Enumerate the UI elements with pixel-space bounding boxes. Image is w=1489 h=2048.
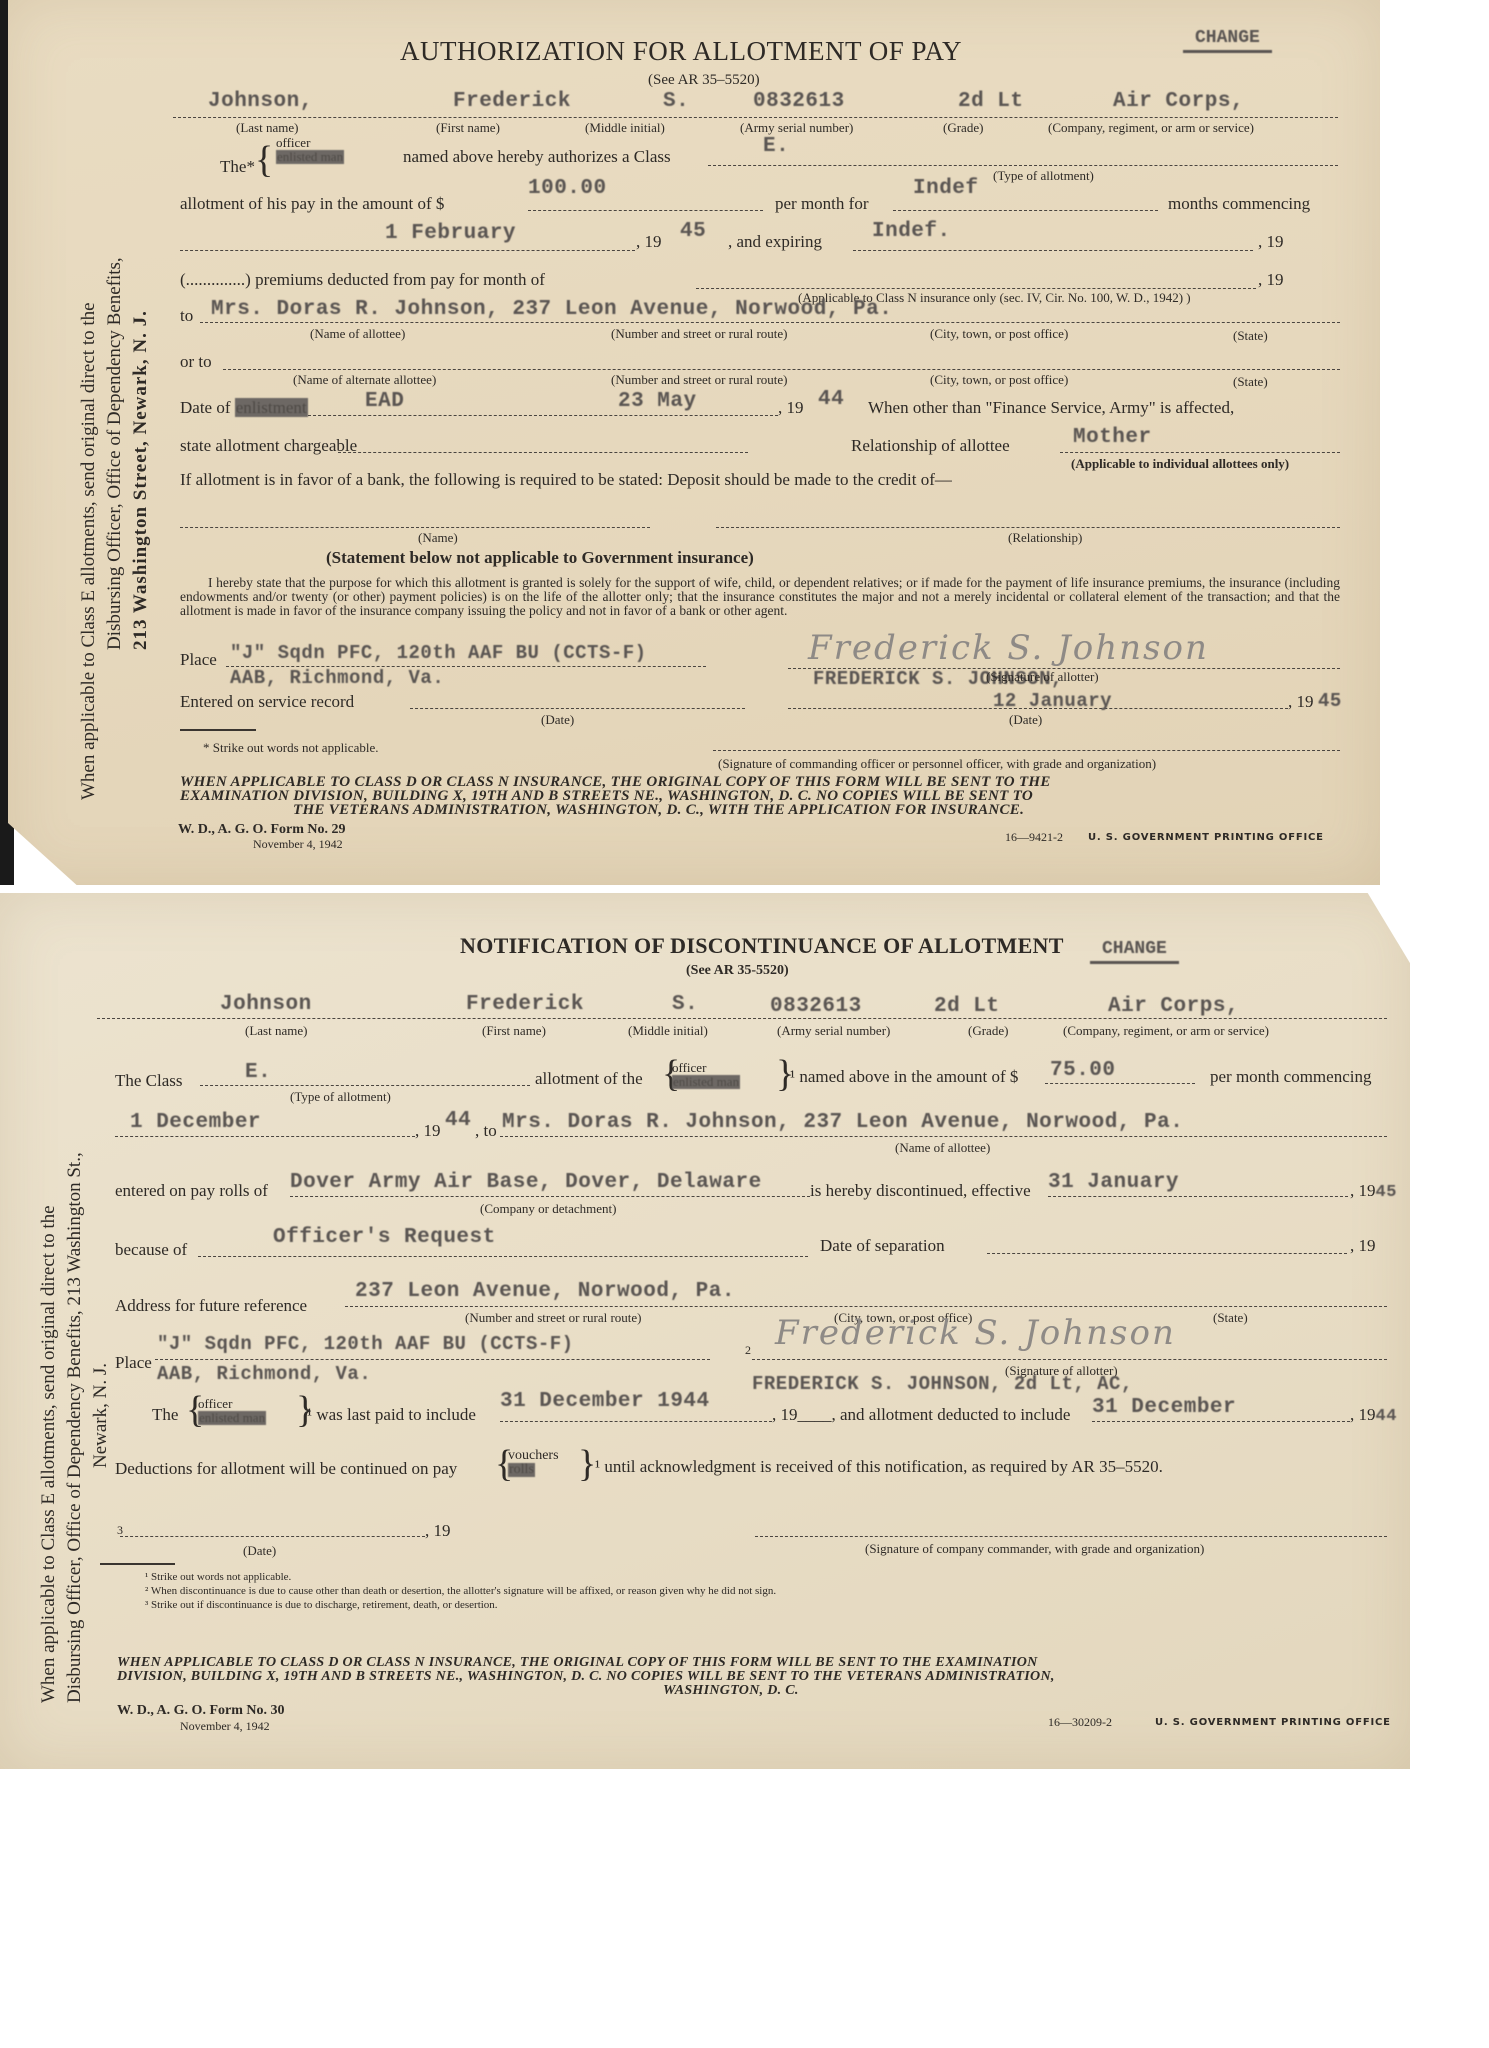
label: (Army serial number) — [777, 1023, 890, 1039]
label: per month for — [775, 194, 868, 214]
first-name-value: Frederick — [466, 993, 584, 1016]
signed-year-value: 45 — [1318, 690, 1342, 712]
grade-value: 2d Lt — [958, 90, 1024, 113]
side-note-line: When applicable to Class E allotments, s… — [36, 1152, 62, 1703]
label: (Name) — [418, 530, 458, 546]
label: (Company, regiment, or arm or service) — [1063, 1023, 1269, 1039]
signer-typed-name: FREDERICK S. JOHNSON, 2d Lt, AC, — [752, 1373, 1133, 1395]
label: , 1944 — [1350, 1405, 1397, 1426]
form-date: November 4, 1942 — [180, 1719, 270, 1734]
label: named above hereby authorizes a Class — [403, 147, 671, 167]
label: (City, town, or post office) — [930, 372, 1068, 388]
field-line — [290, 1196, 810, 1197]
label: Entered on service record — [180, 692, 354, 712]
footnote-ref: 2 — [745, 1343, 751, 1358]
commencing-year-value: 44 — [445, 1109, 471, 1132]
field-line — [696, 288, 1256, 289]
serial-number-value: 0832613 — [770, 995, 862, 1018]
footnote-rule — [180, 729, 256, 731]
field-line — [708, 165, 1338, 166]
label: (Last name) — [245, 1023, 307, 1039]
label: , 19 — [1258, 232, 1284, 252]
form-number: W. D., A. G. O. Form No. 30 — [117, 1703, 284, 1719]
label: (State) — [1233, 374, 1268, 390]
field-line — [338, 452, 748, 453]
field-line — [200, 1085, 530, 1086]
option-officer: officer — [672, 1061, 740, 1075]
label: months commencing — [1168, 194, 1310, 214]
field-line — [500, 1421, 772, 1422]
label: (Date) — [541, 712, 574, 728]
label: because of — [115, 1240, 187, 1260]
form-date: November 4, 1942 — [253, 837, 343, 852]
class-value: E. — [245, 1061, 271, 1084]
label: (First name) — [482, 1023, 546, 1039]
form-number: W. D., A. G. O. Form No. 29 — [178, 822, 345, 838]
label: ¹ until acknowledgment is received of th… — [595, 1457, 1163, 1477]
place-value-line2: AAB, Richmond, Va. — [230, 667, 444, 689]
label: The Class — [115, 1071, 183, 1091]
label: , 19 — [636, 232, 662, 252]
field-line — [120, 1536, 425, 1537]
field-line — [1045, 1083, 1195, 1084]
change-stamp: CHANGE — [1183, 28, 1272, 53]
option-vouchers: vouchers — [508, 1449, 559, 1463]
signed-date-value: 12 January — [993, 690, 1112, 712]
label: , 19 — [1288, 692, 1314, 712]
label: allotment of his pay in the amount of $ — [180, 194, 444, 214]
service-value: Air Corps, — [1108, 995, 1239, 1018]
field-line — [308, 415, 778, 416]
label: (Type of allotment) — [290, 1089, 391, 1105]
reason-value: Officer's Request — [273, 1226, 496, 1249]
label: Date of enlistment — [180, 398, 308, 418]
side-note-line: 213 Washington Street, Newark, N. J. — [128, 257, 154, 800]
place-value-line1: "J" Sqdn PFC, 120th AAF BU (CCTS-F) — [157, 1333, 574, 1355]
label: , 19 — [1350, 1236, 1376, 1256]
field-line — [115, 1136, 415, 1137]
label: (Army serial number) — [740, 120, 853, 136]
label: , and expiring — [728, 232, 822, 252]
label: is hereby discontinued, effective — [810, 1181, 1031, 1201]
last-name-value: Johnson, — [208, 90, 313, 113]
label: (..............) premiums deducted from … — [180, 270, 545, 290]
option-rolls-struck: rolls — [508, 1463, 535, 1477]
label: (Number and street or rural route) — [611, 372, 788, 388]
label: ¹ was last paid to include — [307, 1405, 476, 1425]
label: , to — [475, 1121, 497, 1141]
side-note-line: Disbursing Officer, Office of Dependency… — [102, 257, 128, 800]
middle-initial-value: S. — [672, 993, 698, 1016]
side-note-line: When applicable to Class E allotments, s… — [76, 257, 102, 800]
field-line — [155, 1359, 710, 1360]
field-line — [987, 1253, 1347, 1254]
label: (Number and street or rural route) — [611, 326, 788, 342]
expiring-value: Indef. — [872, 220, 951, 243]
deducted-to-value: 31 December — [1092, 1396, 1236, 1419]
print-code: 16—9421-2 — [1005, 830, 1063, 845]
field-line — [1092, 1421, 1350, 1422]
pay-rolls-value: Dover Army Air Base, Dover, Delaware — [290, 1171, 762, 1194]
option-officer: officer — [198, 1397, 266, 1411]
footnote: ³ Strike out if discontinuance is due to… — [145, 1599, 498, 1611]
label: When other than "Finance Service, Army" … — [868, 398, 1234, 418]
form-title: NOTIFICATION OF DISCONTINUANCE OF ALLOTM… — [460, 933, 1064, 959]
allottee-value: Mrs. Doras R. Johnson, 237 Leon Avenue, … — [502, 1111, 1183, 1134]
label: (State) — [1233, 328, 1268, 344]
place-value-line1: "J" Sqdn PFC, 120th AAF BU (CCTS-F) — [230, 642, 647, 664]
signature-line — [713, 750, 1340, 751]
footnote-rule — [100, 1563, 175, 1565]
officer-enlisted-choice: officer enlisted man — [672, 1061, 740, 1089]
label: , 19 — [778, 398, 804, 418]
enlistment-date-value: 23 May — [618, 390, 697, 413]
field-line — [198, 1256, 808, 1257]
change-stamp: CHANGE — [1090, 939, 1179, 964]
relationship-value: Mother — [1073, 426, 1152, 449]
allotter-signature: Frederick S. Johnson — [808, 628, 1209, 668]
class-value: E. — [763, 135, 789, 158]
label: per month commencing — [1210, 1067, 1371, 1087]
label: , 19____, and allotment deducted to incl… — [772, 1405, 1070, 1425]
option-officer: officer — [276, 136, 344, 150]
signature-line — [755, 1536, 1387, 1537]
first-name-value: Frederick — [453, 90, 571, 113]
officer-enlisted-choice: officer enlisted man — [198, 1397, 266, 1425]
allotter-signature: Frederick S. Johnson — [775, 1313, 1176, 1353]
months-value: Indef — [913, 177, 979, 200]
place-value-line2: AAB, Richmond, Va. — [157, 1363, 371, 1385]
field-line — [500, 1136, 1387, 1137]
field-line — [528, 210, 763, 211]
insurance-notice: WASHINGTON, D. C. — [663, 1683, 799, 1699]
field-line — [716, 527, 1340, 528]
option-enlisted-struck: enlisted man — [672, 1075, 740, 1089]
reference: (See AR 35-5520) — [686, 963, 789, 979]
option-enlisted-struck: enlisted man — [276, 150, 344, 164]
enlistment-year-value: 44 — [818, 388, 844, 411]
printer-credit: U. S. GOVERNMENT PRINTING OFFICE — [1088, 832, 1324, 843]
footnote: ¹ Strike out words not applicable. — [145, 1571, 291, 1583]
discontinuance-notification-form: When applicable to Class E allotments, s… — [0, 893, 1410, 1769]
field-line — [180, 250, 635, 251]
label: entered on pay rolls of — [115, 1181, 268, 1201]
field-line — [1060, 452, 1340, 453]
label: (First name) — [436, 120, 500, 136]
label: , 19 — [415, 1121, 441, 1141]
officer-enlisted-choice: officer enlisted man — [276, 136, 344, 164]
label: (Applicable to individual allottees only… — [1071, 456, 1289, 472]
label: (Name of allottee) — [310, 326, 405, 342]
allotment-authorization-form: When applicable to Class E allotments, s… — [8, 0, 1380, 885]
commencing-year-value: 45 — [680, 220, 706, 243]
label: (Grade) — [943, 120, 983, 136]
statement-paragraph: I hereby state that the purpose for whic… — [180, 576, 1340, 618]
label: (Number and street or rural route) — [465, 1310, 642, 1326]
label: or to — [180, 352, 212, 372]
side-note-line: Disbursing Officer, Office of Dependency… — [62, 1152, 88, 1703]
side-instructions: When applicable to Class E allotments, s… — [36, 1152, 114, 1703]
middle-initial-value: S. — [663, 90, 689, 113]
label: allotment of the — [535, 1069, 643, 1089]
field-line — [1048, 1196, 1348, 1197]
service-value: Air Corps, — [1113, 90, 1244, 113]
label: Address for future reference — [115, 1296, 307, 1316]
field-line — [180, 527, 650, 528]
label: (Company or detachment) — [480, 1201, 616, 1217]
label: (Name of allottee) — [895, 1140, 990, 1156]
label: to — [180, 306, 193, 326]
label: The — [152, 1405, 178, 1425]
label: Date of separation — [820, 1236, 945, 1256]
field-line — [893, 210, 1158, 211]
side-instructions: When applicable to Class E allotments, s… — [76, 257, 154, 800]
commencing-date-value: 1 December — [130, 1111, 261, 1134]
field-line — [223, 369, 1340, 370]
enlistment-value: EAD — [365, 390, 404, 413]
label: (Date) — [1009, 712, 1042, 728]
label: (Name of alternate allottee) — [293, 372, 436, 388]
effective-date-value: 31 January — [1048, 1171, 1179, 1194]
label: The*{ — [220, 145, 273, 177]
label: (Relationship) — [1008, 530, 1082, 546]
signature-line — [752, 1359, 1387, 1360]
last-name-value: Johnson — [220, 993, 312, 1016]
option-enlisted-struck: enlisted man — [198, 1411, 266, 1425]
label: (Signature of company commander, with gr… — [865, 1541, 1204, 1557]
label: Place — [180, 650, 217, 670]
footnote: * Strike out words not applicable. — [203, 740, 378, 756]
printer-credit: U. S. GOVERNMENT PRINTING OFFICE — [1155, 1717, 1391, 1728]
label: (Type of allotment) — [993, 168, 1094, 184]
amount-value: 75.00 — [1050, 1059, 1116, 1082]
address-value: 237 Leon Avenue, Norwood, Pa. — [355, 1280, 735, 1303]
side-note-line: Newark, N. J. — [88, 1152, 114, 1703]
statement-heading: (Statement below not applicable to Gover… — [326, 548, 754, 568]
vouchers-rolls-choice: vouchers rolls — [508, 1449, 559, 1477]
reference: (See AR 35–5520) — [648, 72, 760, 89]
label: (Company, regiment, or arm or service) — [1048, 120, 1254, 136]
print-code: 16—30209-2 — [1048, 1715, 1112, 1730]
label: (Last name) — [236, 120, 298, 136]
field-line — [200, 322, 1340, 323]
label: Place — [115, 1353, 152, 1373]
label: (Middle initial) — [585, 120, 665, 136]
label: Deductions for allotment will be continu… — [115, 1459, 457, 1479]
label: , 1945 — [1350, 1181, 1397, 1202]
label: (Date) — [243, 1543, 276, 1559]
label: ¹ named above in the amount of $ — [790, 1067, 1018, 1087]
label: (Grade) — [968, 1023, 1008, 1039]
field-line — [345, 1306, 1387, 1307]
label: If allotment is in favor of a bank, the … — [180, 470, 952, 490]
label: (Signature of allotter) — [986, 669, 1099, 685]
serial-number-value: 0832613 — [753, 90, 845, 113]
insurance-notice: DIVISION, BUILDING X, 19TH AND B STREETS… — [117, 1669, 1055, 1685]
label: Relationship of allottee — [851, 436, 1010, 456]
field-line — [410, 708, 745, 709]
label: state allotment chargeable — [180, 436, 357, 456]
label: (Middle initial) — [628, 1023, 708, 1039]
label: , 19 — [1258, 270, 1284, 290]
form-title: AUTHORIZATION FOR ALLOTMENT OF PAY — [400, 36, 962, 67]
divider — [173, 117, 1338, 118]
allottee-value: Mrs. Doras R. Johnson, 237 Leon Avenue, … — [211, 298, 892, 321]
brace: } — [578, 1449, 596, 1479]
label: , 19 — [425, 1521, 451, 1541]
divider — [97, 1018, 1387, 1019]
label: (City, town, or post office) — [930, 326, 1068, 342]
last-paid-value: 31 December 1944 — [500, 1390, 710, 1413]
footnote: ² When discontinuance is due to cause ot… — [145, 1585, 776, 1597]
label: (State) — [1213, 1310, 1248, 1326]
commencing-date-value: 1 February — [385, 222, 516, 245]
field-line — [853, 250, 1253, 251]
insurance-notice: THE VETERANS ADMINISTRATION, WASHINGTON,… — [293, 802, 1024, 819]
amount-value: 100.00 — [528, 177, 607, 200]
label: (Signature of commanding officer or pers… — [718, 756, 1156, 772]
grade-value: 2d Lt — [934, 995, 1000, 1018]
